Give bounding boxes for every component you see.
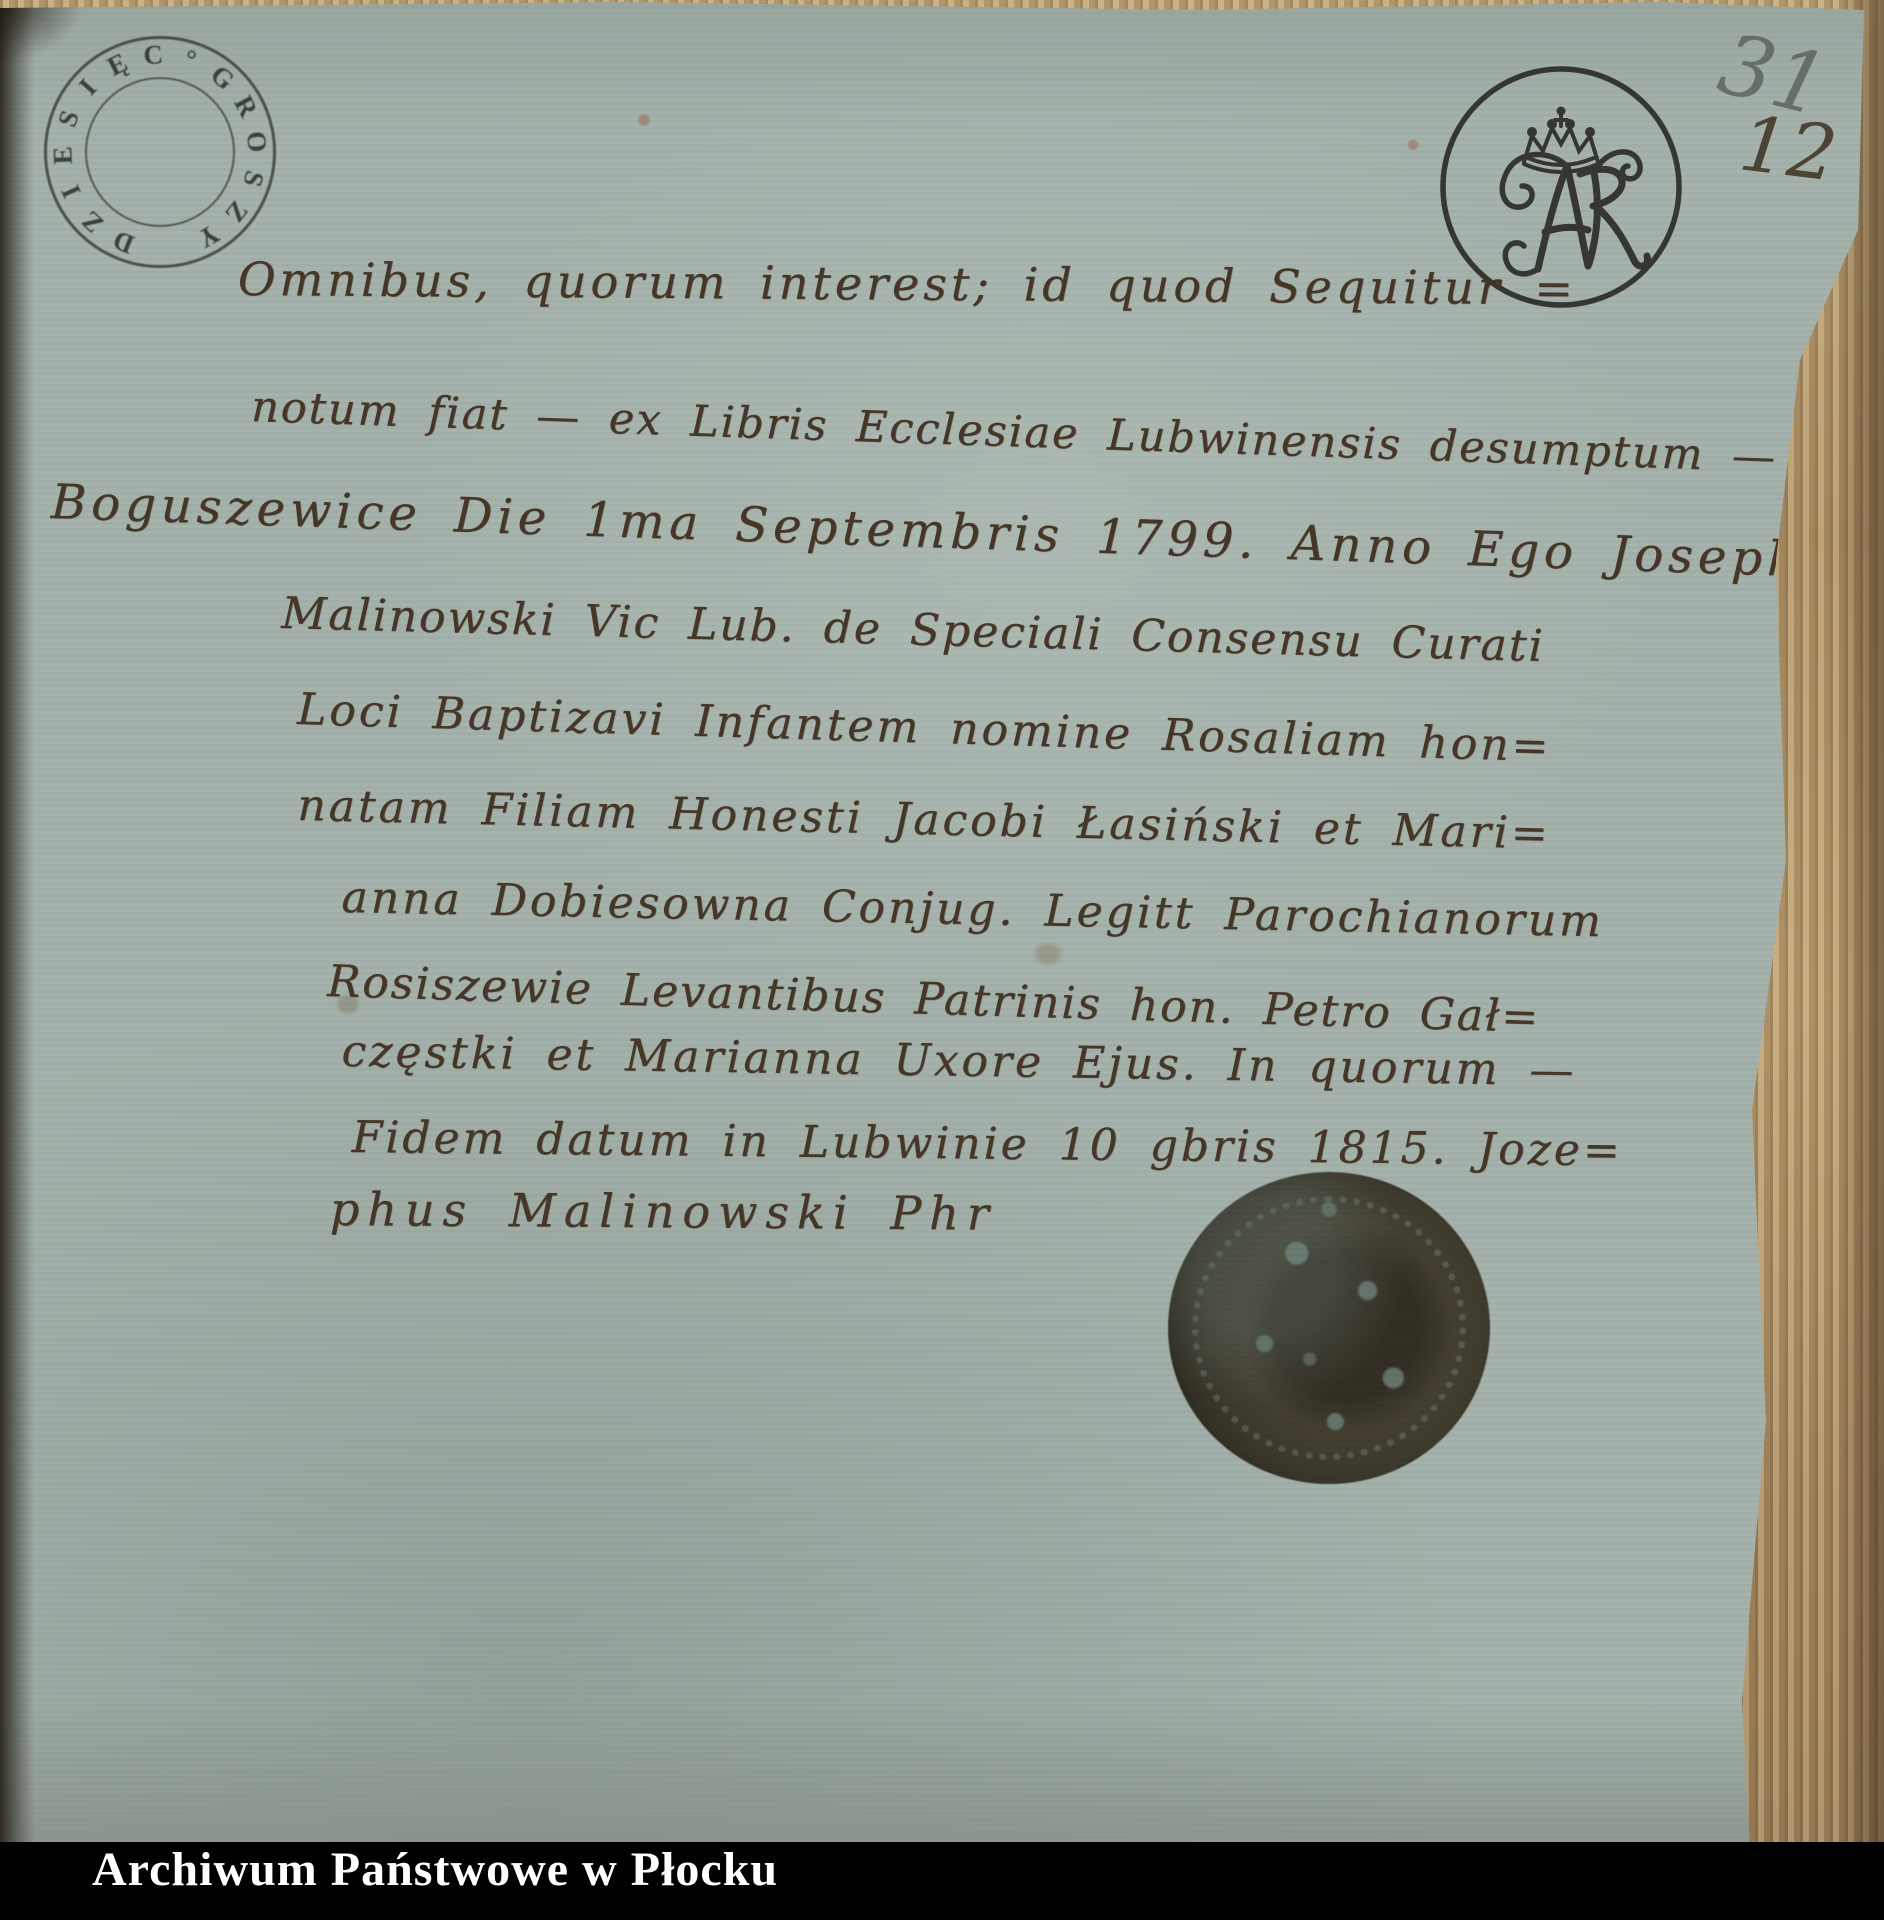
manuscript-line: natam Filiam Honesti Jacobi Łasiński et … bbox=[297, 780, 1551, 859]
manuscript-line: phus Malinowski Phr bbox=[330, 1182, 997, 1241]
manuscript-line: notum fiat — ex Libris Ecclesiae Lubwine… bbox=[250, 382, 1777, 483]
manuscript-line: Omnibus, quorum interest; id quod Sequit… bbox=[238, 252, 1577, 315]
manuscript-line: Fidem datum in Lubwinie 10 gbris 1815. J… bbox=[351, 1112, 1623, 1176]
archive-watermark-text: Archiwum Państwowe w Płocku bbox=[92, 1846, 778, 1894]
manuscript-line: Boguszewice Die 1ma Septembris 1799. Ann… bbox=[50, 474, 1869, 590]
document-paper: DZIESIĘC°GROSZY bbox=[0, 0, 1884, 1920]
archive-watermark-bar: Archiwum Państwowe w Płocku bbox=[0, 1842, 1884, 1920]
manuscript-line: Malinowski Vic Lub. de Speciali Consensu… bbox=[281, 588, 1546, 672]
manuscript-line: Loci Baptizavi Infantem nomine Rosaliam … bbox=[296, 684, 1552, 772]
parish-seal bbox=[1168, 1172, 1490, 1484]
archival-document-scan: DZIESIĘC°GROSZY bbox=[0, 0, 1884, 1920]
manuscript-line: anna Dobiesowna Conjug. Legitt Parochian… bbox=[341, 872, 1604, 947]
manuscript-text: Omnibus, quorum interest; id quod Sequit… bbox=[0, 0, 1884, 1920]
